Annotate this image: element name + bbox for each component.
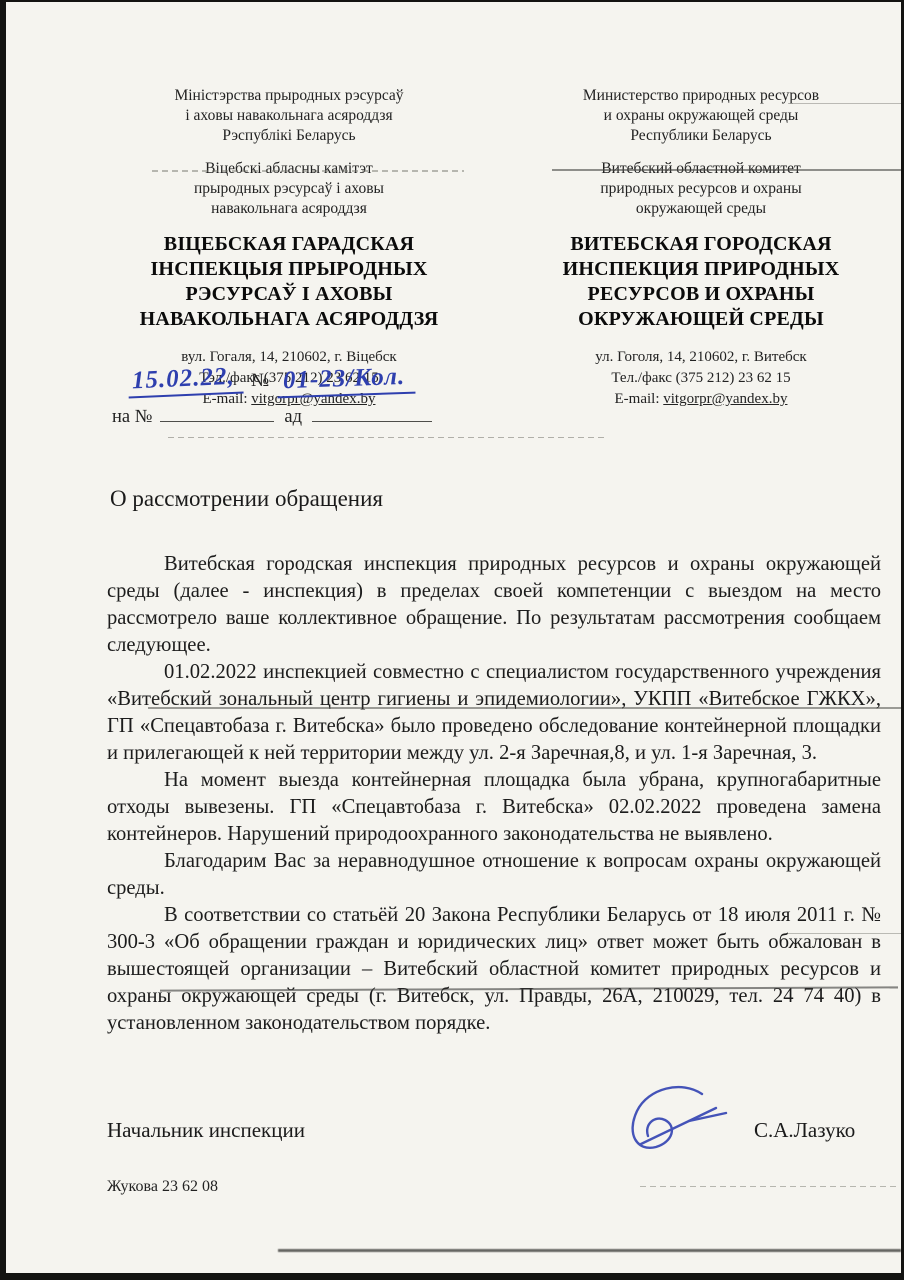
organization-name-line: ИНСПЕКЦИЯ ПРИРОДНЫХ [546,257,856,282]
body-paragraph: Витебская городская инспекция природных … [107,551,881,659]
body-paragraph: В соответствии со статьёй 20 Закона Респ… [107,902,881,1037]
ministry-line: і аховы навакольнага асяроддзя [138,106,440,126]
body-paragraph: Благодарим Вас за неравнодушное отношени… [107,848,881,902]
organization-name-line: ІНСПЕКЦЫЯ ПРЫРОДНЫХ [138,257,440,282]
registration-line: 15.02.22, № 01-23/Кол. [128,365,416,396]
blank-underline [160,404,274,422]
ministry-line: Рэспублікі Беларусь [138,126,440,146]
handwritten-date: 15.02.22, [127,363,243,399]
organization-name-line: ВІЦЕБСКАЯ ГАРАДСКАЯ [138,232,440,257]
organization-name-line: РЭСУРСАЎ І АХОВЫ [138,282,440,307]
committee-line: Витебский областной комитет [546,159,856,179]
phone-line: Тел./факс (375 212) 23 62 15 [546,368,856,389]
committee-line: Віцебскі абласны камітэт [138,159,440,179]
organization-name-line: НАВАКОЛЬНАГА АСЯРОДДЗЯ [138,307,440,332]
letter-sheet: Міністэрства прыродных рэсурсаў і аховы … [6,2,901,1273]
reply-label-no: на № [112,407,152,427]
committee-line: природных ресурсов и охраны [546,179,856,199]
executor-contact: Жукова 23 62 08 [107,1178,218,1196]
committee-line: прыродных рэсурсаў і аховы [138,179,440,199]
header-right-russian: Министерство природных ресурсов и охраны… [546,86,856,410]
scan-artifact-line [278,1249,901,1252]
organization-name-line: ОКРУЖАЮЩЕЙ СРЕДЫ [546,307,856,332]
signer-name: С.А.Лазуко [754,1118,855,1143]
organization-name: ВИТЕБСКАЯ ГОРОДСКАЯ ИНСПЕКЦИЯ ПРИРОДНЫХ … [546,232,856,332]
organization-name-line: РЕСУРСОВ И ОХРАНЫ [546,282,856,307]
number-sign: № [249,370,271,391]
organization-name: ВІЦЕБСКАЯ ГАРАДСКАЯ ІНСПЕКЦЫЯ ПРЫРОДНЫХ … [138,232,440,332]
handwritten-number: 01-23/Кол. [277,363,416,399]
committee-line: навакольнага асяроддзя [138,199,440,219]
ministry-line: Министерство природных ресурсов [546,86,856,106]
reply-reference-line: на №ад [112,404,432,428]
blank-underline [312,404,432,422]
address-line: ул. Гоголя, 14, 210602, г. Витебск [546,347,856,368]
email-address: vitgorpr@yandex.by [663,391,787,407]
scanned-letter-page: { "document": { "header_left": { "minist… [0,0,904,1280]
reply-label-from: ад [284,407,302,427]
body-paragraph: На момент выезда контейнерная площадка б… [107,767,881,848]
committee-block: Віцебскі абласны камітэт прыродных рэсур… [138,159,440,219]
scan-artifact-line [640,1186,900,1187]
ministry-line: Республики Беларусь [546,126,856,146]
ministry-line: Міністэрства прыродных рэсурсаў [138,86,440,106]
scan-artifact-line [168,437,604,438]
signature-ink [612,1080,752,1168]
email-label: E-mail: [615,391,660,407]
signer-position: Начальник инспекции [107,1118,305,1143]
email-line: E-mail: vitgorpr@yandex.by [546,389,856,410]
letter-body: Витебская городская инспекция природных … [107,551,881,1037]
subject-line: О рассмотрении обращения [110,486,383,512]
header-left-belarusian: Міністэрства прыродных рэсурсаў і аховы … [138,86,440,410]
committee-block: Витебский областной комитет природных ре… [546,159,856,219]
contact-block: ул. Гоголя, 14, 210602, г. Витебск Тел./… [546,347,856,410]
organization-name-line: ВИТЕБСКАЯ ГОРОДСКАЯ [546,232,856,257]
committee-line: окружающей среды [546,199,856,219]
body-paragraph: 01.02.2022 инспекцией совместно с специа… [107,659,881,767]
ministry-line: и охраны окружающей среды [546,106,856,126]
